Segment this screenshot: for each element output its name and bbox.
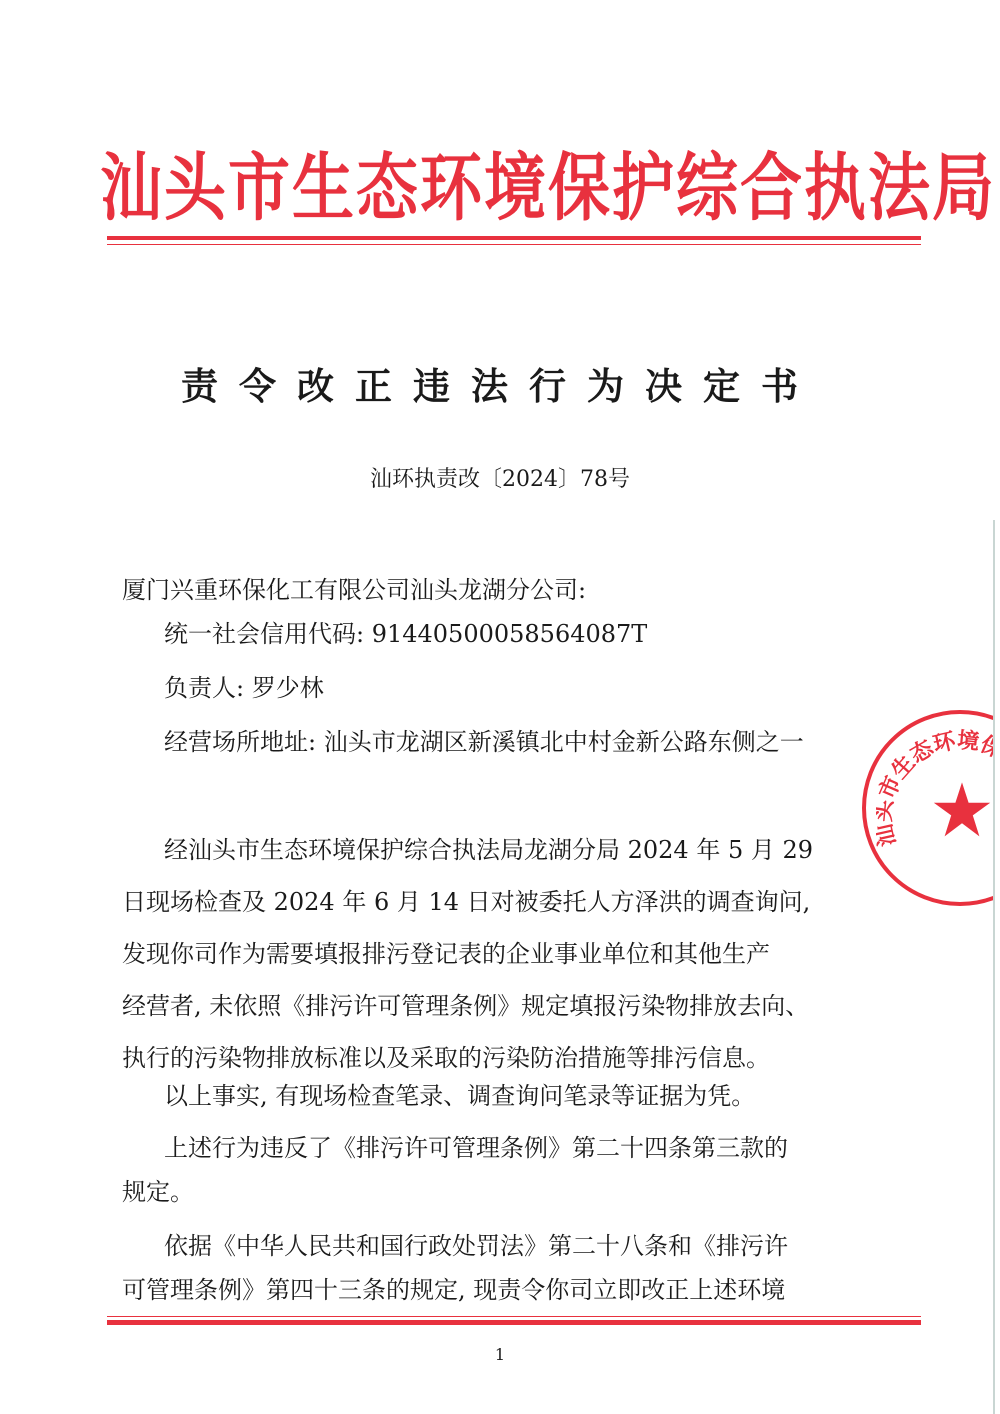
- body-line: 经汕头市生态环境保护综合执法局龙湖分局 2024 年 5 月 29: [164, 832, 813, 868]
- official-seal: 汕头市生态环境保护综合执法局: [862, 710, 993, 906]
- letterhead-rule-thin: [107, 244, 921, 245]
- body-line: 可管理条例》第四十三条的规定, 现责令你司立即改正上述环境: [122, 1272, 785, 1308]
- recipient-name: 厦门兴重环保化工有限公司汕头龙湖分公司:: [122, 572, 586, 608]
- seal-text: 汕头市生态环境保护综合执法局: [876, 724, 993, 892]
- body-line: 发现你司作为需要填报排污登记表的企业事业单位和其他生产: [122, 936, 770, 972]
- recipient-credit-code: 统一社会信用代码: 91440500058564087T: [164, 616, 647, 652]
- body-line: 上述行为违反了《排污许可管理条例》第二十四条第三款的: [164, 1130, 788, 1166]
- body-line: 经营者, 未依照《排污许可管理条例》规定填报污染物排放去向、: [122, 988, 809, 1024]
- document-number: 汕环执责改〔2024〕78号: [180, 462, 820, 498]
- recipient-address: 经营场所地址: 汕头市龙湖区新溪镇北中村金新公路东侧之一: [164, 724, 804, 760]
- letterhead-agency-name: 汕头市生态环境保护综合执法局: [100, 131, 930, 243]
- page-edge-shadow: [993, 520, 995, 1414]
- footer-rule-thin: [107, 1316, 921, 1317]
- body-line: 日现场检查及 2024 年 6 月 14 日对被委托人方泽洪的调查询问,: [122, 884, 810, 920]
- body-line: 以上事实, 有现场检查笔录、调查询问笔录等证据为凭。: [164, 1078, 755, 1114]
- body-line: 依据《中华人民共和国行政处罚法》第二十八条和《排污许: [164, 1228, 788, 1264]
- document-title: 责令改正违法行为决定书: [180, 358, 820, 414]
- star-icon: [932, 780, 992, 840]
- page-number: 1: [480, 1345, 520, 1365]
- footer-rule-thick: [107, 1320, 921, 1325]
- recipient-responsible-person: 负责人: 罗少林: [164, 670, 324, 706]
- letterhead-rule-thick: [107, 236, 921, 240]
- body-line: 执行的污染物排放标准以及采取的污染防治措施等排污信息。: [122, 1040, 770, 1076]
- svg-text:汕头市生态环境保护综合执法局: 汕头市生态环境保护综合执法局: [876, 724, 993, 849]
- body-line: 规定。: [122, 1174, 194, 1210]
